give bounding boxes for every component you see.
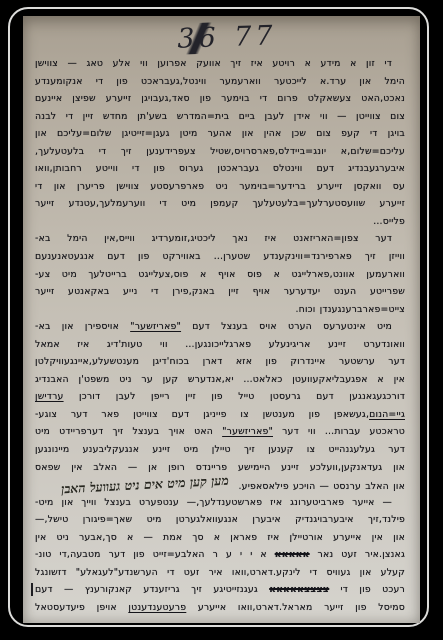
handwritten-margin-mark bbox=[31, 583, 33, 596]
text-segment: דורכגעגאנגען דעם גרעסטן טייל פון זיין רי… bbox=[64, 391, 405, 402]
text-segment: רעכט פון די bbox=[329, 584, 405, 595]
text-segment: א י י ע ר האלבע=זייט פון דער מטבעה,די טו… bbox=[35, 549, 275, 560]
text-line: גיי=הנום,געשאפן פון מענטשן צו פייניגן דע… bbox=[35, 406, 405, 424]
text-segment: אויפן פיעדעסטאל bbox=[35, 602, 128, 613]
text-line: דער ערשטער איינדרוק פון אזא דארן בכוח'די… bbox=[35, 353, 405, 371]
struck-out-typing: צצצצאאאאא bbox=[269, 584, 329, 595]
text-line: און אין אייערע אורטיילן איז פאראן א סך א… bbox=[35, 529, 405, 547]
underlined-word: "פאריזשער" bbox=[222, 426, 273, 437]
handwritten-page-number: 36 77 bbox=[151, 19, 302, 55]
text-line: — אייער פארביטערונג איז פארשטענדלעך,— ענ… bbox=[35, 494, 405, 512]
text-segment: טראכטע עברות... ווי דער bbox=[273, 426, 405, 437]
text-line: פילנד,זיך איבערבויגנדיק איבערן אנגעוואלג… bbox=[35, 511, 405, 529]
text-segment: גאנצן.איר זעט נאר bbox=[310, 549, 405, 560]
text-line: דער צפון=האריזאנט איז נאך ליכטיג,זומערדי… bbox=[35, 230, 405, 248]
underlined-word: גיי=הנום bbox=[369, 409, 405, 420]
text-line: עליכם=שלום,א יונג=ביידלס,פארסרויס,שטיל צ… bbox=[35, 143, 405, 161]
struck-page-number: 36 bbox=[175, 22, 222, 55]
document-page: 36 77 די זון א מידע א רויטע איז זיך אווע… bbox=[23, 16, 420, 623]
text-line: צום צווייטן — ווי אידן לעבן ביים בית=המד… bbox=[35, 108, 405, 126]
text-segment: אויספירן און בא- bbox=[35, 321, 130, 332]
underlined-word: "פאריזשער" bbox=[130, 321, 181, 332]
text-line: עס וואקסן זייערע ברידער=בוימער ניט פארפר… bbox=[35, 178, 405, 196]
text-line: מיט אינטערעס הערט אויס בענצל דעם "פאריזש… bbox=[35, 318, 405, 336]
text-line: הימל און ערד.א לייכטער ווארעמער ווינטל,ג… bbox=[35, 73, 405, 91]
text-line: איבערגעבנדיג דעם ווינטלס געבראכטן גערוס … bbox=[35, 160, 405, 178]
text-segment: מיט אינטערעס הערט אויס בענצל דעם bbox=[181, 321, 392, 332]
text-line: ווארעמען אוונט,פארלייגט א פוס אויף א פוס… bbox=[35, 266, 405, 284]
text-line: דורכגעגאנגען דעם גרעסטן טייל פון זיין רי… bbox=[35, 388, 405, 406]
underlined-word: ערדישן bbox=[35, 391, 64, 402]
struck-out-typing: אאאאא bbox=[275, 549, 310, 560]
text-line: שפרייטע הענט יעדערער אויף זיין באנק,פירן… bbox=[35, 283, 405, 301]
text-line: סמיסל פון זייער מאראל.דארט,וואו אייערע פ… bbox=[35, 599, 405, 617]
text-line: אין א אפגעבליאקעוועטן כאלאט... יא,אנדערש… bbox=[35, 371, 405, 389]
text-line: דער געלעגנהייט צו קענען זיך טיילן מיט זי… bbox=[35, 441, 405, 459]
scanned-document-photo: { "document": { "kind": "typewritten Yid… bbox=[0, 0, 443, 640]
typewritten-text: די זון א מידע א רויטע איז זיך אוועק אפרו… bbox=[35, 55, 405, 617]
text-line: און האלב ערנסט — הויכע פילאסאפיע.מען קען… bbox=[35, 476, 405, 494]
text-line: וואונדערט זיינע אריגינעלע פארגלייכונגען.… bbox=[35, 336, 405, 354]
current-page-number: 77 bbox=[234, 20, 277, 52]
text-segment: ,געשאפן פון מענטשן צו פייניגן דעם צווייט… bbox=[35, 409, 369, 420]
underlined-word: פרעטענדענטן bbox=[128, 602, 186, 613]
text-line: בויגן די קעפ צום שכן אהין און אהער מיטן … bbox=[35, 125, 405, 143]
text-segment: האט אויך בענצל זיך דערפריידט מיט bbox=[35, 426, 222, 437]
text-line: זייערע שוועסטערלעך=בלעטעלעך קעמפן מיט די… bbox=[35, 195, 405, 213]
text-line: טראכטע עברות... ווי דער "פאריזשער" האט א… bbox=[35, 423, 405, 441]
text-line: נאכט,האט צעשאקלט פרום די בוימער פון סאד,… bbox=[35, 90, 405, 108]
text-line: צייט=פארברענגענדן וכוח. bbox=[35, 301, 405, 319]
text-segment: סמיסל פון זייער מאראל.דארט,וואו אייערע bbox=[186, 602, 405, 613]
text-line: רעכט פון די צצצצאאאאא געגנזייטיגע זיך גר… bbox=[35, 581, 405, 599]
text-line: גאנצן.איר זעט נאר אאאאא א י י ע ר האלבע=… bbox=[35, 546, 405, 564]
text-segment: געגנזייטיגע זיך גריזענדע קאנקורענץ — דעם bbox=[35, 584, 269, 595]
text-line: ווייזן זיך פארפירנד=ווינקענדע שטערן... ב… bbox=[35, 248, 405, 266]
text-line: פלייס... bbox=[35, 213, 405, 231]
text-line: קעלע און געוויס די לינקע.דארט,וואו איר ז… bbox=[35, 564, 405, 582]
text-line: די זון א מידע א רויטע איז זיך אוועק אפרו… bbox=[35, 55, 405, 73]
